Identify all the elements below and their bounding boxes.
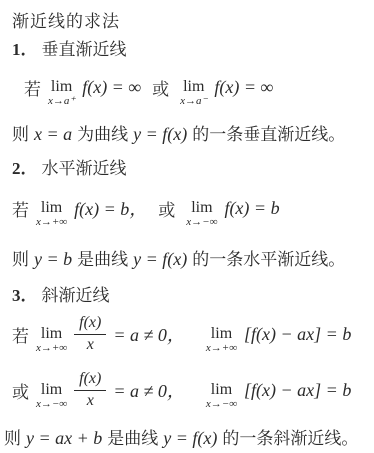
oblique-asymptote-conclusion: 则 y = ax + b 是曲线 y = f(x) 的一条斜渐近线。: [4, 426, 370, 451]
limit-operator: lim x→−∞: [186, 200, 217, 229]
horizontal-asymptote-conclusion: 则 y = b 是曲线 y = f(x) 的一条水平渐近线。: [12, 247, 370, 272]
limit-subscript: x→a⁺: [48, 96, 75, 107]
oblique-asymptote-formula-plus-infinity: 若 lim x→+∞ f(x) x = a ≠ 0， lim x→+∞ [f(x…: [12, 308, 370, 360]
section-2-heading: 2． 水平渐近线: [12, 159, 370, 179]
limit-operator: lim x→a⁺: [48, 79, 75, 108]
limit-subscript: x→−∞: [36, 399, 67, 410]
limit-subscript: x→a⁻: [180, 96, 207, 107]
formula-prefix: 若: [12, 196, 29, 221]
fraction-numerator: f(x): [74, 314, 106, 334]
asymptote-notes-document: 渐近线的求法 1． 垂直渐近线 若 lim x→a⁺ f(x) = ∞ 或 li…: [0, 0, 374, 453]
limit-subscript: x→+∞: [36, 343, 67, 354]
limit-expression: f(x) = ∞: [214, 77, 273, 98]
fraction-denominator: x: [87, 391, 94, 410]
limit-expression: f(x) = ∞: [82, 77, 141, 98]
section-2-number: 2．: [12, 159, 38, 179]
limit-subscript: x→−∞: [206, 399, 237, 410]
limit-expression: f(x) = b: [224, 198, 279, 219]
limit-subscript: x→+∞: [206, 343, 237, 354]
section-1-number: 1．: [12, 40, 38, 60]
limit-subscript: x→+∞: [36, 217, 67, 228]
limit-operator: lim x→−∞: [36, 382, 67, 411]
page-title: 渐近线的求法: [12, 12, 370, 32]
limit-operator: lim x→+∞: [36, 326, 67, 355]
limit-operator: lim x→−∞: [206, 382, 237, 411]
limit-expression: f(x) = b，: [74, 195, 147, 221]
limit-operator: lim x→+∞: [206, 326, 237, 355]
vertical-asymptote-formula: 若 lim x→a⁺ f(x) = ∞ 或 lim x→a⁻ f(x) = ∞: [24, 66, 370, 108]
limit-expression: [f(x) − ax] = b: [244, 380, 351, 401]
section-3-title: 斜渐近线: [42, 286, 110, 306]
section-3-number: 3．: [12, 286, 38, 306]
limit-result: = a ≠ 0，: [113, 321, 185, 347]
limit-operator: lim x→a⁻: [180, 79, 207, 108]
limit-expression: [f(x) − ax] = b: [244, 324, 351, 345]
vertical-asymptote-conclusion: 则 x = a 为曲线 y = f(x) 的一条垂直渐近线。: [12, 122, 370, 147]
horizontal-asymptote-formula: 若 lim x→+∞ f(x) = b， 或 lim x→−∞ f(x) = b: [12, 187, 370, 229]
limit-result: = a ≠ 0，: [113, 377, 185, 403]
oblique-asymptote-formula-minus-infinity: 或 lim x→−∞ f(x) x = a ≠ 0， lim x→−∞ [f(x…: [12, 364, 370, 416]
or-connector: 或: [158, 196, 175, 221]
section-3-heading: 3． 斜渐近线: [12, 286, 370, 306]
fraction-denominator: x: [87, 335, 94, 354]
fraction-fx-over-x: f(x) x: [74, 370, 106, 410]
or-connector: 或: [152, 75, 169, 100]
section-1-title: 垂直渐近线: [42, 40, 127, 60]
formula-prefix: 若: [24, 75, 41, 100]
limit-operator: lim x→+∞: [36, 200, 67, 229]
limit-subscript: x→−∞: [186, 217, 217, 228]
formula-prefix: 若: [12, 322, 29, 347]
fraction-numerator: f(x): [74, 370, 106, 390]
section-2-title: 水平渐近线: [42, 159, 127, 179]
section-1-heading: 1． 垂直渐近线: [12, 40, 370, 60]
fraction-fx-over-x: f(x) x: [74, 314, 106, 354]
formula-prefix: 或: [12, 378, 29, 403]
